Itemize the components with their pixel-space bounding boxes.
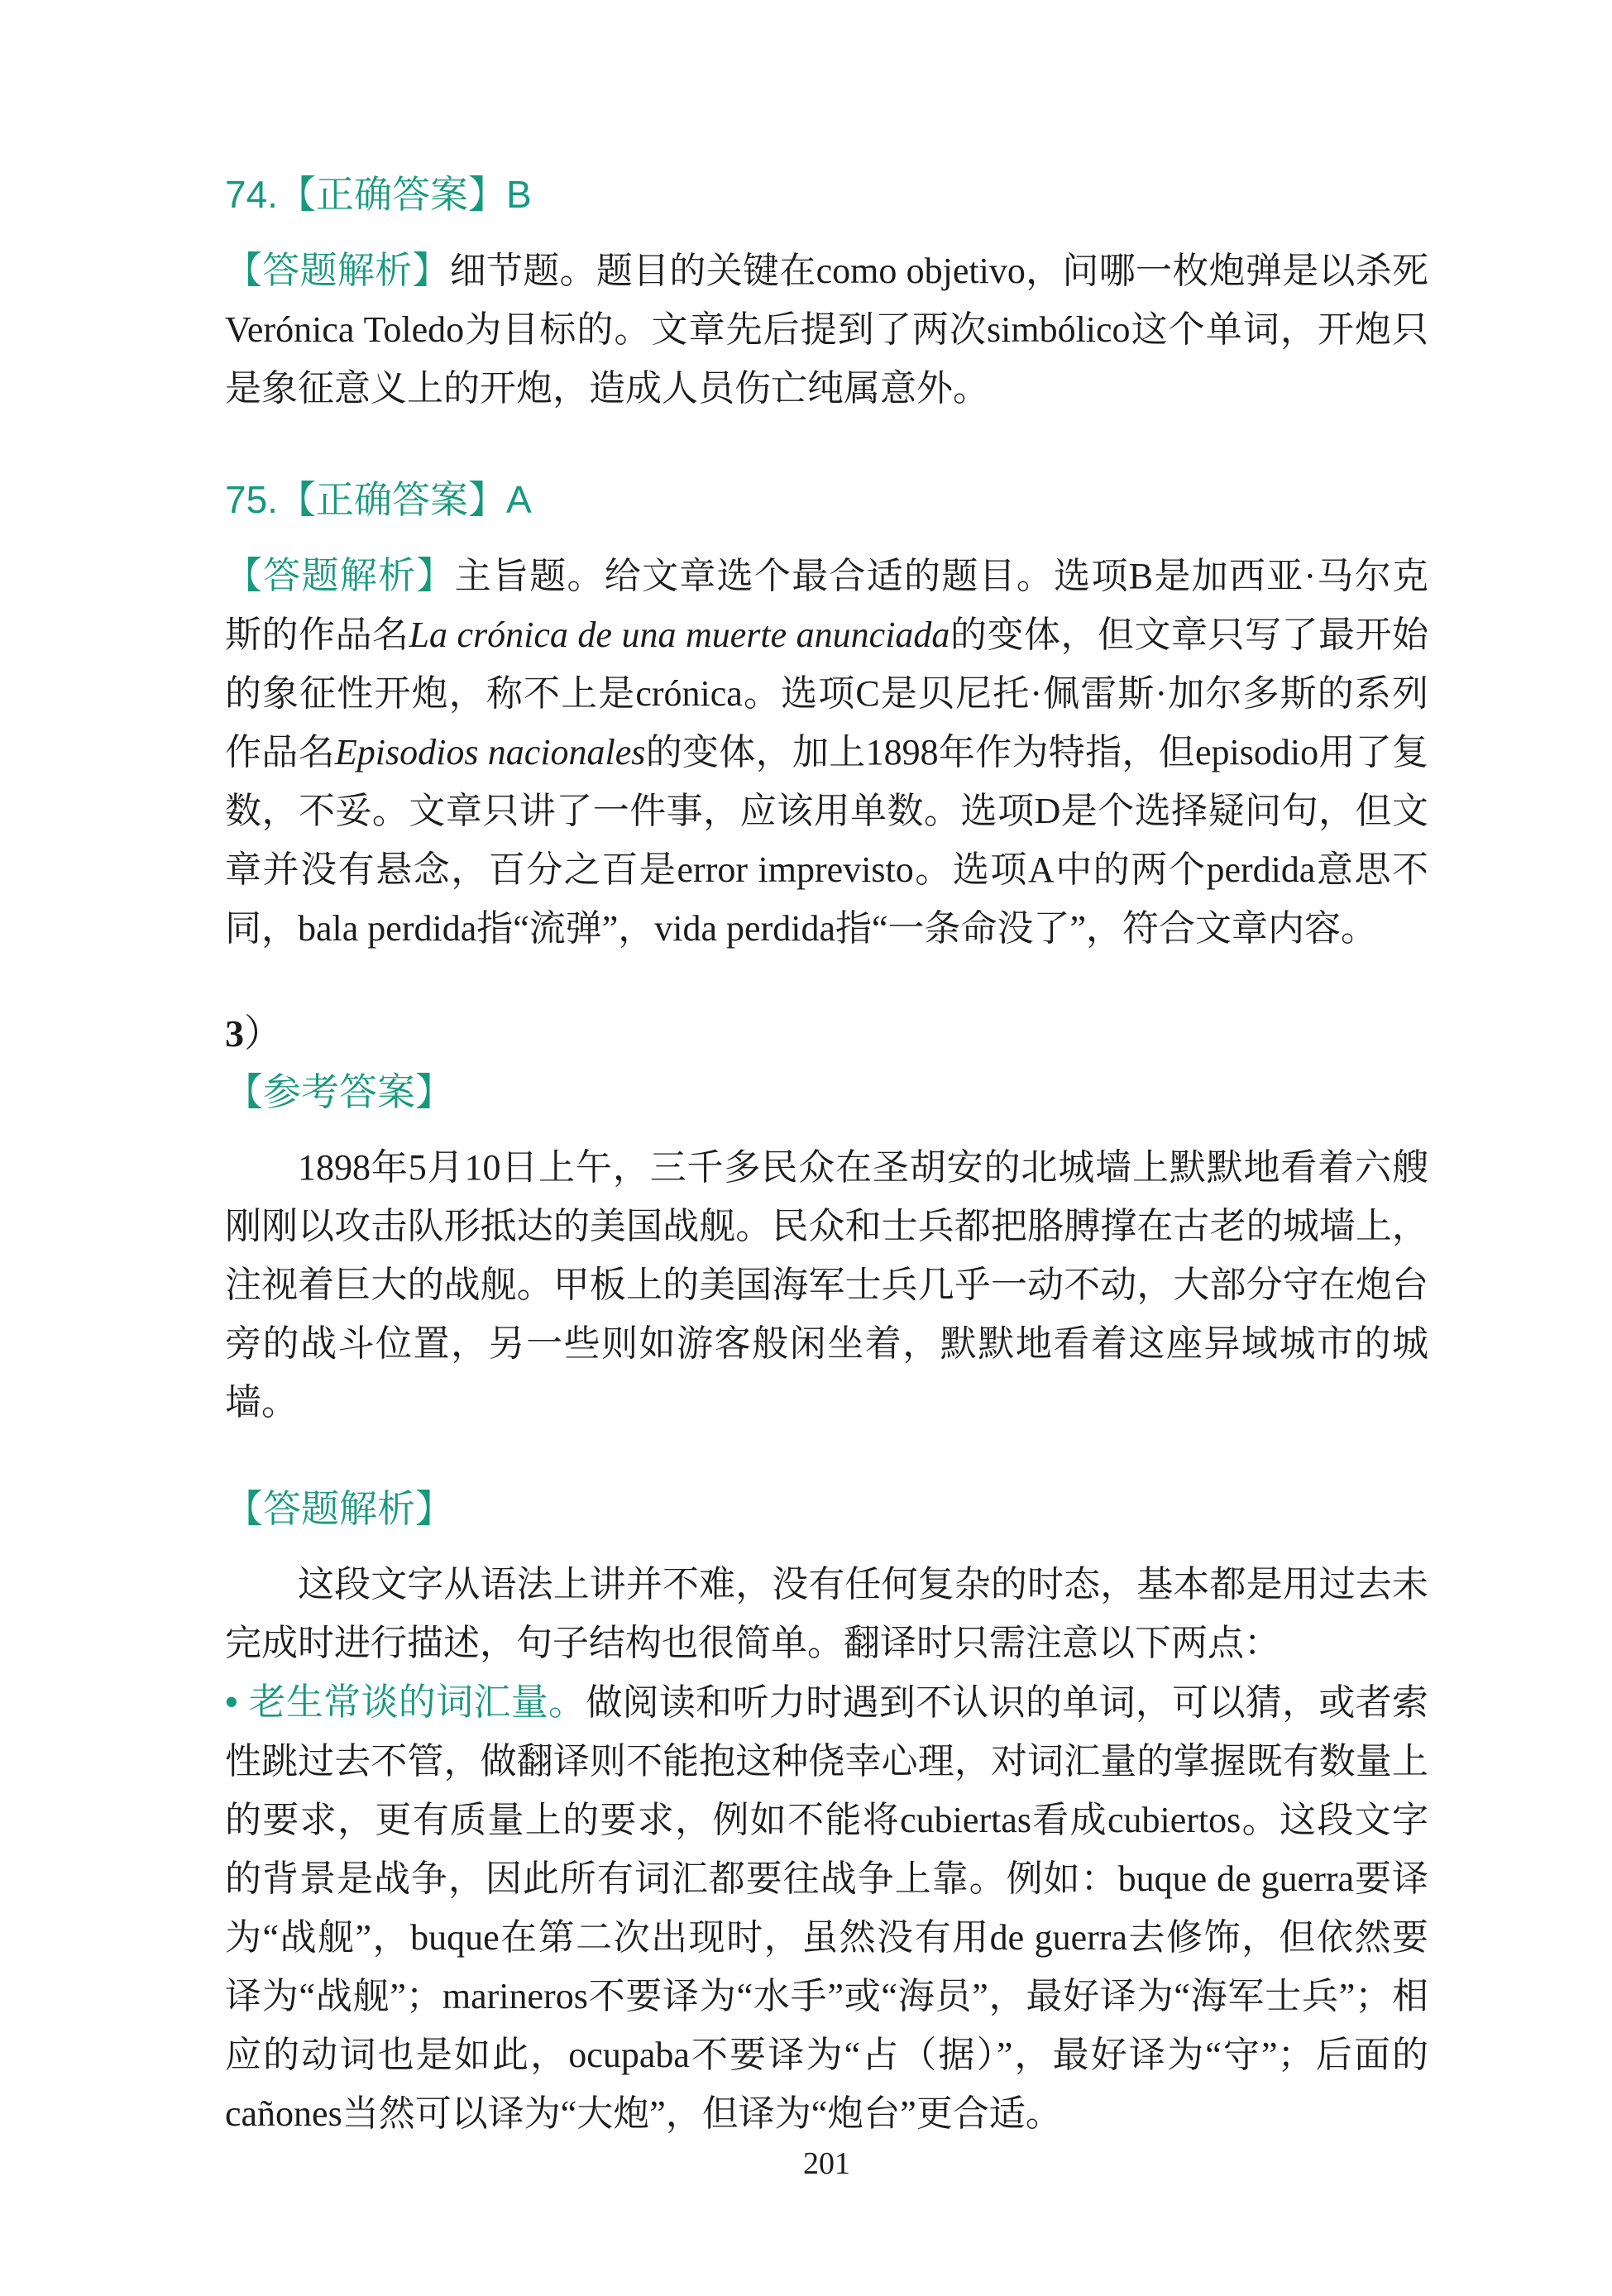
text-run: cubiertos [1107, 1800, 1241, 1840]
reference-answer-label: 【参考答案】 [225, 1063, 1428, 1122]
inline-label: 【答题解析】 [225, 554, 455, 596]
inline-label: • 老生常谈的词汇量。 [225, 1681, 586, 1723]
text-run: 这段文字从语法上讲并不难，没有任何复杂的时态，基本都是用过去未完成时进行描述，句… [225, 1564, 1428, 1663]
answer-74-heading: 74.【正确答案】B [225, 165, 1428, 224]
text-run: Verónica Toledo [225, 309, 464, 350]
section-3-heading: 3） [225, 1004, 1428, 1063]
text-run: ocupaba [568, 2035, 690, 2075]
text-run: 细节题。题目的关键在 [450, 251, 816, 291]
text-run: 看成 [1031, 1800, 1107, 1840]
heading-text: 75.【正确答案】A [225, 478, 532, 521]
heading-text: 【参考答案】 [225, 1070, 453, 1113]
text-run: bala perdida [298, 908, 476, 949]
answer-74-analysis: 【答题解析】细节题。题目的关键在como objetivo，问哪一枚炮弹是以杀死… [225, 241, 1428, 418]
text-run: buque [410, 1917, 500, 1958]
text-run: marineros [442, 1976, 588, 2016]
text-run: 。选项A中的两个 [914, 849, 1207, 890]
italic-work-title: La crónica de una muerte anunciada [409, 615, 950, 655]
inline-label: 【答题解析】 [225, 249, 450, 291]
text-run: ，问哪一枚炮弹是以杀死 [1026, 251, 1428, 291]
heading-text: 【答题解析】 [225, 1487, 453, 1530]
text-run: episodio [1195, 732, 1318, 773]
text-run: de guerra [990, 1917, 1127, 1958]
reference-answer-paragraph: 1898年5月10日上午，三千多民众在圣胡安的北城墙上默默地看着六艘刚刚以攻击队… [225, 1138, 1428, 1432]
text-run: como objetivo [816, 251, 1026, 291]
document-page: 74.【正确答案】B【答题解析】细节题。题目的关键在como objetivo，… [0, 0, 1612, 2296]
text-run: 为目标的。文章先后提到了两次 [464, 309, 987, 350]
text-run: 不要译为“占（据）”，最好译为“守”；后面的 [690, 2035, 1428, 2075]
text-run: buque de guerra [1118, 1858, 1354, 1899]
page-number: 201 [225, 2147, 1428, 2180]
text-run: perdida [1206, 849, 1315, 890]
text-run: crónica [635, 673, 742, 714]
text-run: vida perdida [654, 908, 835, 949]
italic-work-title: Episodios nacionales [335, 732, 646, 773]
text-run: simbólico [987, 309, 1131, 350]
answer-75-heading: 75.【正确答案】A [225, 471, 1428, 529]
text-run: cañones [225, 2093, 342, 2134]
text-run: ） [244, 1012, 282, 1055]
analysis-intro-paragraph: 这段文字从语法上讲并不难，没有任何复杂的时态，基本都是用过去未完成时进行描述，句… [225, 1555, 1428, 1672]
text-run: 当然可以译为“大炮”，但译为“炮台”更合适。 [342, 2093, 1062, 2134]
text-run: 3 [225, 1012, 244, 1055]
answer-75-analysis: 【答题解析】主旨题。给文章选个最合适的题目。选项B是加西亚·马尔克斯的作品名La… [225, 546, 1428, 958]
text-run: cubiertas [900, 1800, 1031, 1840]
text-run: error imprevisto [677, 849, 914, 890]
text-run: 指“一条命没了”，符合文章内容。 [835, 908, 1377, 949]
text-column: 74.【正确答案】B【答题解析】细节题。题目的关键在como objetivo，… [225, 165, 1428, 2143]
text-run: 指“流弹”， [476, 908, 654, 949]
text-run: 在第二次出现时，虽然没有用 [500, 1917, 990, 1958]
heading-text: 74.【正确答案】B [225, 173, 532, 216]
analysis-label-2: 【答题解析】 [225, 1480, 1428, 1538]
vocabulary-bullet-paragraph: • 老生常谈的词汇量。做阅读和听力时遇到不认识的单词，可以猜，或者索性跳过去不管… [225, 1672, 1428, 2143]
text-run: 1898年5月10日上午，三千多民众在圣胡安的北城墙上默默地看着六艘刚刚以攻击队… [225, 1147, 1428, 1423]
text-run: 的变体，加上1898年作为特指，但 [645, 732, 1195, 773]
